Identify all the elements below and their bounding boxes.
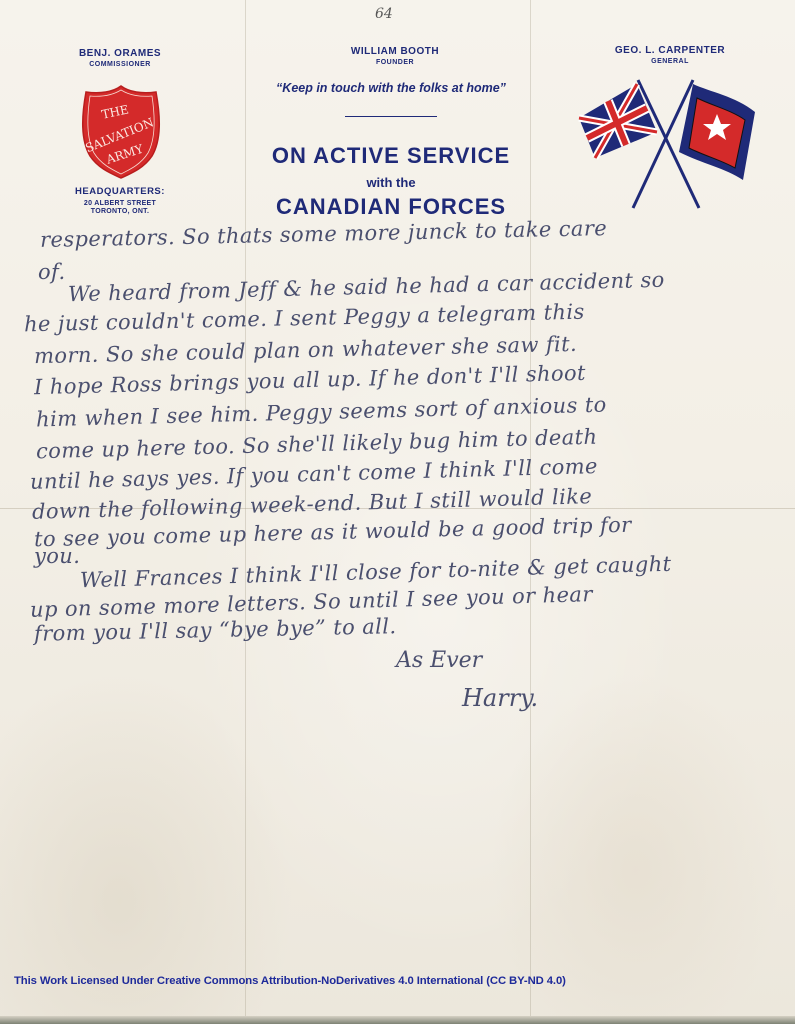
letter-line: I hope Ross brings you all up. If he don… (34, 361, 586, 399)
letter-line: you. (34, 544, 80, 568)
scan-bottom-edge (0, 1016, 795, 1024)
letter-line: resperators. So thats some more junck to… (40, 216, 608, 252)
letter-page: 64 BENJ. ORAMES COMMISSIONER WILLIAM BOO… (0, 0, 795, 1024)
letter-body: resperators. So thats some more junck to… (0, 0, 795, 1024)
letter-line: of. (38, 260, 66, 284)
license-notice: This Work Licensed Under Creative Common… (14, 975, 566, 987)
letter-closing: As Ever (396, 648, 482, 673)
letter-signature: Harry. (462, 684, 538, 712)
